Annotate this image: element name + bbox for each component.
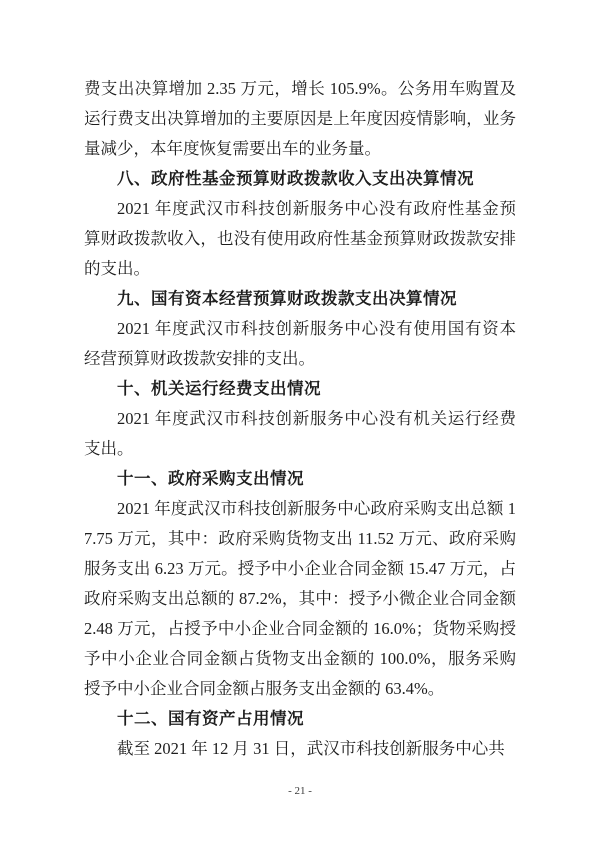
page-number: - 21 -	[0, 783, 600, 799]
section-heading-8-gov-fund-budget: 八、政府性基金预算财政拨款收入支出决算情况	[84, 164, 516, 194]
body-paragraph-state-assets: 截至 2021 年 12 月 31 日，武汉市科技创新服务中心共	[84, 734, 516, 764]
body-paragraph-agency-operating-funds: 2021 年度武汉市科技创新服务中心没有机关运行经费支出。	[84, 404, 516, 464]
section-heading-10-agency-operating-funds: 十、机关运行经费支出情况	[84, 374, 516, 404]
body-paragraph-state-capital-budget: 2021 年度武汉市科技创新服务中心没有使用国有资本经营预算财政拨款安排的支出。	[84, 314, 516, 374]
page-content: 费支出决算增加 2.35 万元，增长 105.9%。公务用车购置及运行费支出决算…	[84, 74, 516, 764]
section-heading-12-state-assets: 十二、国有资产占用情况	[84, 704, 516, 734]
body-paragraph-vehicle-expense: 费支出决算增加 2.35 万元，增长 105.9%。公务用车购置及运行费支出决算…	[84, 74, 516, 164]
section-heading-9-state-capital-budget: 九、国有资本经营预算财政拨款支出决算情况	[84, 284, 516, 314]
document-page: 费支出决算增加 2.35 万元，增长 105.9%。公务用车购置及运行费支出决算…	[0, 0, 600, 848]
body-paragraph-gov-procurement: 2021 年度武汉市科技创新服务中心政府采购支出总额 17.75 万元，其中：政…	[84, 494, 516, 704]
body-paragraph-gov-fund-budget: 2021 年度武汉市科技创新服务中心没有政府性基金预算财政拨款收入，也没有使用政…	[84, 194, 516, 284]
section-heading-11-gov-procurement: 十一、政府采购支出情况	[84, 464, 516, 494]
